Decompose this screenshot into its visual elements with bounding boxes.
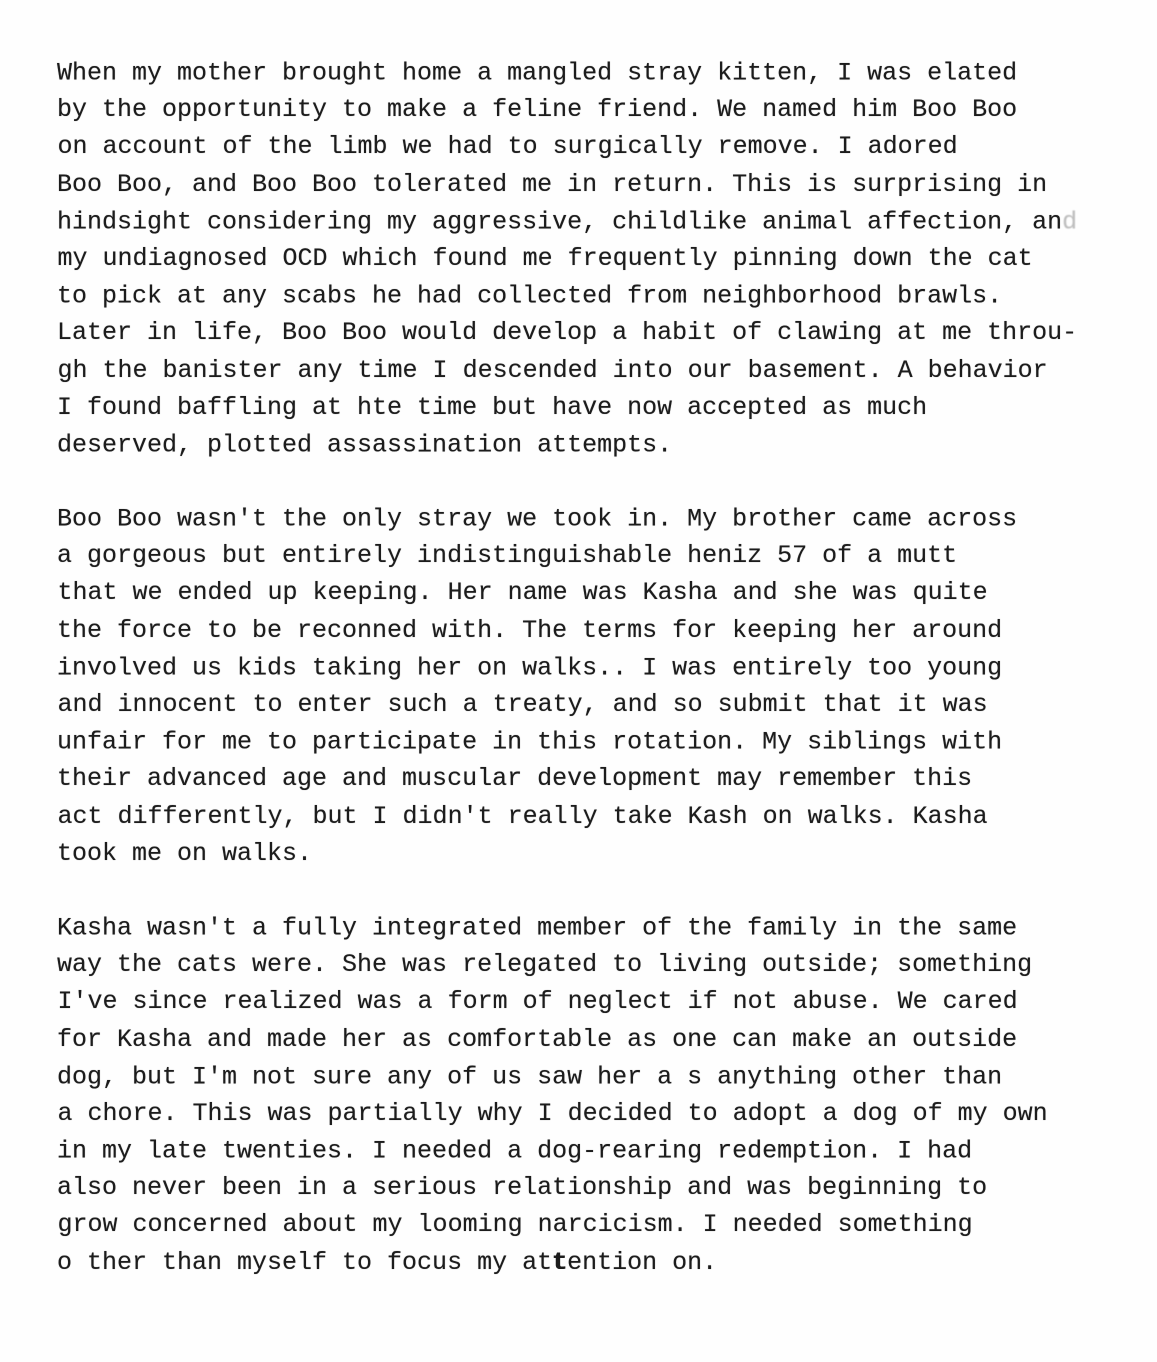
text-line: unfair for me to participate in this rot… xyxy=(57,724,1117,761)
text-line: Boo Boo, and Boo Boo tolerated me in ret… xyxy=(57,166,1117,203)
text-line: grow concerned about my looming narcicis… xyxy=(58,1206,1118,1243)
text-segment: hindsight considering my aggressive, chi… xyxy=(57,207,1062,236)
paragraph-boo-boo: When my mother brought home a mangled st… xyxy=(57,54,1117,463)
text-line: Boo Boo wasn't the only stray we took in… xyxy=(57,500,1117,537)
text-line: act differently, but I didn't really tak… xyxy=(58,798,1118,835)
text-line: and innocent to enter such a treaty, and… xyxy=(58,686,1118,723)
text-line: in my late twenties. I needed a dog-rear… xyxy=(57,1132,1117,1169)
text-line-faded-end: hindsight considering my aggressive, chi… xyxy=(57,203,1117,240)
text-line: that we ended up keeping. Her name was K… xyxy=(58,574,1118,611)
text-segment: ention on. xyxy=(567,1248,717,1277)
text-line: their advanced age and muscular developm… xyxy=(57,760,1117,797)
text-line: Kasha wasn't a fully integrated member o… xyxy=(57,909,1117,946)
text-line: took me on walks. xyxy=(57,835,1117,872)
text-line: way the cats were. She was relegated to … xyxy=(57,946,1117,983)
text-line: for Kasha and made her as comfortable as… xyxy=(57,1021,1117,1058)
text-line: gh the banister any time I descended int… xyxy=(58,352,1118,389)
paragraph-adopting-dog: Kasha wasn't a fully integrated member o… xyxy=(57,909,1117,1281)
text-line: also never been in a serious relationshi… xyxy=(57,1169,1117,1206)
paragraph-kasha-walks: Boo Boo wasn't the only stray we took in… xyxy=(57,500,1117,872)
text-segment: o ther than myself to focus my at xyxy=(57,1248,552,1277)
text-line: involved us kids taking her on walks.. I… xyxy=(57,649,1117,686)
text-line: on account of the limb we had to surgica… xyxy=(58,128,1118,165)
text-line: a gorgeous but entirely indistinguishabl… xyxy=(57,537,1117,574)
text-line: the force to be reconned with. The terms… xyxy=(57,612,1117,649)
text-line: I've since realized was a form of neglec… xyxy=(58,983,1118,1020)
text-line: When my mother brought home a mangled st… xyxy=(57,54,1117,91)
text-line: Later in life, Boo Boo would develop a h… xyxy=(57,314,1117,351)
text-line: dog, but I'm not sure any of us saw her … xyxy=(57,1058,1117,1095)
text-line: by the opportunity to make a feline frie… xyxy=(57,91,1117,128)
text-line: I found baffling at hte time but have no… xyxy=(57,389,1117,426)
overstruck-letter: t xyxy=(552,1248,567,1277)
text-line: my undiagnosed OCD which found me freque… xyxy=(58,240,1118,277)
typewritten-page: When my mother brought home a mangled st… xyxy=(0,0,1157,1362)
text-line: a chore. This was partially why I decide… xyxy=(58,1095,1118,1132)
text-line: deserved, plotted assassination attempts… xyxy=(57,426,1117,463)
text-line: to pick at any scabs he had collected fr… xyxy=(57,278,1117,315)
text-line-overstrike: o ther than myself to focus my attention… xyxy=(57,1244,1117,1281)
faded-letter: d xyxy=(1062,207,1077,236)
